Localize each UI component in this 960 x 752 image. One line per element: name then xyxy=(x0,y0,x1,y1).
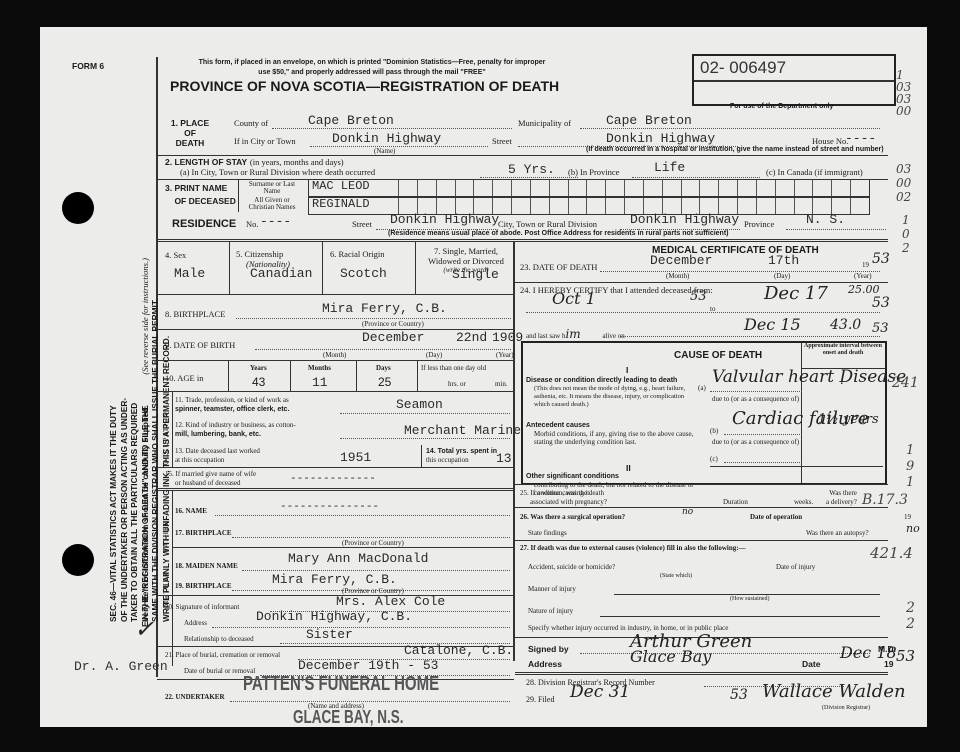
filed-label: 29. Filed xyxy=(526,695,554,704)
margin-codes: 1 03 03 00 xyxy=(896,69,911,117)
residence-city-value: Donkin Highway xyxy=(630,212,739,227)
attended-from: Oct 1 xyxy=(552,289,596,308)
undertaker-city-stamp: GLACE BAY, N.S. xyxy=(293,707,404,728)
operation-year-prefix: 19 xyxy=(904,513,911,521)
attended-to-year: 53 xyxy=(872,295,890,311)
cause-a-interval: . xyxy=(840,373,844,389)
physician-address-value: Glace Bay xyxy=(630,647,711,666)
given-name-value: REGINALD xyxy=(312,197,370,211)
death-month-caption: (Month) xyxy=(666,272,689,280)
due-to-label-1: due to (or as a consequence of) xyxy=(712,395,799,403)
death-year-value: 53 xyxy=(872,251,890,267)
relationship-label: Relationship to deceased xyxy=(184,635,254,643)
racial-origin-value: Scotch xyxy=(340,266,387,281)
filed-year: 53 xyxy=(730,687,748,703)
certify-label: 24. I HEREBY CERTIFY that I attended dec… xyxy=(520,285,713,295)
days-label: Days xyxy=(376,364,391,372)
death-registration-form: FORM 6 SEC. 46—VITAL STATISTICS ACT MAKE… xyxy=(40,27,927,727)
cause-c-marker: (c) xyxy=(710,455,718,463)
stay-canada-label: (c) In Canada (if immigrant) xyxy=(766,167,863,177)
death-date-month: December xyxy=(650,253,712,268)
street-label: Street xyxy=(492,136,512,146)
given-label: All Given or Christian Names xyxy=(242,197,302,211)
due-to-label-2: due to (or as a consequence of) xyxy=(712,438,799,446)
antecedent-label: Antecedent causes Morbid conditions, if … xyxy=(526,422,696,446)
burial-place-value: Catalone, C.B. xyxy=(404,643,513,658)
undertaker-label: 22. UNDERTAKER xyxy=(165,693,225,701)
occupation-side-label: OCCUPATION xyxy=(162,411,170,465)
informant-value: Mrs. Alex Cole xyxy=(336,594,445,609)
stay-province-label: (b) In Province xyxy=(568,167,619,177)
min-label: min. xyxy=(495,380,508,388)
trade-label: 11. Trade, profession, or kind of work a… xyxy=(175,396,289,414)
spouse-label: 15. If married give name of wife or husb… xyxy=(165,470,256,488)
cause-b-interval: 1½ years xyxy=(818,412,879,427)
birthplace-value: Mira Ferry, C.B. xyxy=(322,301,447,316)
side-note: Every item of information should be care… xyxy=(140,258,150,627)
birthplace-label: 8. BIRTHPLACE xyxy=(165,309,225,319)
mother-birthplace-value: Mira Ferry, C.B. xyxy=(272,572,397,587)
margin-note-doctor: Dr. A. Green xyxy=(74,659,168,674)
margin-code-241: 241 xyxy=(892,375,919,391)
burial-place-label: 21. Place of burial, cremation or remova… xyxy=(165,651,280,659)
father-name-value: --------------- xyxy=(280,501,379,513)
margin-codes-2: 03 00 02 xyxy=(896,162,911,204)
city-value: Donkin Highway xyxy=(332,131,441,146)
days-value: 25 xyxy=(378,375,391,389)
cause-b-marker: (b) xyxy=(710,427,718,435)
death-date-day: 17th xyxy=(768,253,799,268)
house-label: House No. xyxy=(812,136,848,146)
dob-month: December xyxy=(362,330,424,345)
residence-city-label: City, Town or Rural Division xyxy=(498,219,597,229)
city-label: If in City or Town xyxy=(234,136,296,146)
nature-label: Nature of injury xyxy=(528,607,573,615)
cert-year-prefix: 19 xyxy=(884,659,893,669)
cause-a-marker: (a) xyxy=(698,384,706,392)
residence-province-label: Province xyxy=(744,219,774,229)
autopsy-value: no xyxy=(906,522,920,535)
attended-to: Dec 17 xyxy=(764,283,828,304)
industry-value: Merchant Marine xyxy=(404,423,521,438)
father-birthplace-caption: (Province or Country) xyxy=(342,539,404,547)
operation-value: no xyxy=(682,507,693,517)
interval-header: Approximate interval between onset and d… xyxy=(804,343,882,357)
sex-value: Male xyxy=(174,266,205,281)
stay-city-value: 5 Yrs. xyxy=(508,162,555,177)
years-label: Years xyxy=(250,364,267,372)
operation-date-label: Date of operation xyxy=(750,513,802,521)
delivery-code: B.17.3 xyxy=(862,492,908,508)
cause-a-value: Valvular heart Disease xyxy=(712,367,906,387)
death-day-caption: (Day) xyxy=(774,272,790,280)
registration-number: 02- 006497 xyxy=(700,58,786,78)
hospital-note: (If death occurred in a hospital or inst… xyxy=(586,146,884,153)
last-saw-year: 53 xyxy=(872,321,889,336)
last-worked-label: 13. Date deceased last worked at this oc… xyxy=(175,447,260,465)
place-of-death-label: 1. PLACEOFDEATH xyxy=(160,118,220,148)
registration-number-box: 02- 006497 xyxy=(692,54,896,106)
burial-date-value: December 19th - 53 xyxy=(298,658,438,673)
form-title: PROVINCE OF NOVA SCOTIA—REGISTRATION OF … xyxy=(170,78,559,94)
death-date-label: 23. DATE OF DEATH xyxy=(520,262,597,272)
last-saw-date: Dec 15 xyxy=(744,315,801,334)
total-years-value: 13 xyxy=(496,451,512,466)
margin-codes-5: 2 2 xyxy=(906,600,915,632)
dob-day-caption: (Day) xyxy=(426,351,442,359)
direct-cause-label: Disease or condition directly leading to… xyxy=(526,377,696,409)
residence-street-label: Street xyxy=(352,219,372,229)
residence-label: RESIDENCE xyxy=(172,218,236,230)
trade-value: Seamon xyxy=(396,397,443,412)
less-than-day-label: If less than one day old xyxy=(421,364,486,372)
citizenship-value: Canadian xyxy=(250,266,312,281)
registrar-caption: (Division Registrar) xyxy=(822,705,870,711)
middle-column-rule xyxy=(513,241,515,661)
mother-birthplace-label: 19. BIRTHPLACE xyxy=(175,582,232,590)
municipality-value: Cape Breton xyxy=(606,113,692,128)
informant-address-value: Donkin Highway, C.B. xyxy=(256,609,412,624)
mother-maiden-label: 18. MAIDEN NAME xyxy=(175,562,238,570)
name-caption: (Name) xyxy=(374,147,395,155)
informant-address-label: Address xyxy=(184,619,207,627)
death-year-prefix: 19 xyxy=(862,261,869,269)
print-name-label: 3. PRINT NAME OF DECEASED xyxy=(165,182,236,208)
father-birthplace-label: 17. BIRTHPLACE xyxy=(175,529,232,537)
undertaker-stamp: PATTEN'S FUNERAL HOME xyxy=(243,673,439,696)
injury-date-label: Date of injury xyxy=(776,563,815,571)
how-sustained-caption: (How sustained) xyxy=(730,596,770,602)
surname-label: Surname or Last Name xyxy=(242,181,302,195)
stay-city-label: (a) In City, Town or Rural Division wher… xyxy=(180,167,375,177)
surname-value: MAC LEOD xyxy=(312,179,370,193)
age-label: 10. AGE in xyxy=(165,373,204,383)
accident-label: Accident, suicide or homicide? xyxy=(528,563,615,571)
margin-codes-3: 1 0 2 xyxy=(902,213,910,255)
informant-label: 20. Signature of informant xyxy=(165,603,239,611)
cert-year-value: 53 xyxy=(896,647,915,665)
mother-side-label: MOTHER xyxy=(162,571,170,607)
industry-label: 12. Kind of industry or business, as cot… xyxy=(175,421,296,439)
external-causes-label: 27. If death was due to external causes … xyxy=(520,544,746,552)
autopsy-label: Was there an autopsy? xyxy=(806,529,869,537)
punch-hole-top xyxy=(62,192,94,224)
cause-part-one: I xyxy=(626,365,628,375)
form-number: FORM 6 xyxy=(72,61,104,71)
county-value: Cape Breton xyxy=(308,113,394,128)
dob-month-caption: (Month) xyxy=(323,351,346,359)
birthplace-caption: (Province or Country) xyxy=(362,320,424,328)
years-value: 43 xyxy=(252,375,265,389)
check-mark: ✓ xyxy=(134,615,154,643)
department-label: For use of the Department only xyxy=(730,103,833,110)
months-label: Months xyxy=(308,364,331,372)
pregnancy-label: 25. If a woman, was the death associated… xyxy=(520,489,607,507)
hrs-label: hrs. or xyxy=(448,380,466,388)
cause-heading: CAUSE OF DEATH xyxy=(674,350,762,361)
attended-from-year: 53 xyxy=(690,289,707,304)
duration-label: Duration xyxy=(723,498,748,506)
death-year-caption: (Year) xyxy=(854,272,872,280)
marital-status-value: Single xyxy=(452,267,499,282)
municipality-label: Municipality of xyxy=(518,118,571,128)
residence-no-label: No. xyxy=(246,219,259,229)
sex-label: 4. Sex xyxy=(165,250,186,260)
cause-part-two: II xyxy=(626,463,631,473)
state-which-caption: (State which) xyxy=(660,573,692,579)
last-worked-value: 1951 xyxy=(340,450,371,465)
relationship-value: Sister xyxy=(306,627,353,642)
residence-no-value: ---- xyxy=(260,214,291,229)
findings-label: State findings xyxy=(528,529,567,537)
father-name-label: 16. NAME xyxy=(175,507,207,515)
spouse-value: ------------- xyxy=(290,473,376,485)
external-code: 421.4 xyxy=(870,544,913,562)
dob-day: 22nd xyxy=(456,330,487,345)
racial-origin-label: 6. Racial Origin xyxy=(330,249,385,259)
delivery-label: Was there a delivery? xyxy=(826,489,857,507)
postal-notice: This form, if placed in an envelope, on … xyxy=(182,58,562,78)
last-saw-note: 43.0 xyxy=(830,317,861,333)
street-value: Donkin Highway xyxy=(606,131,715,146)
operation-label: 26. Was there a surgical operation? xyxy=(520,513,625,521)
registrar-signature: Wallace Walden xyxy=(762,681,906,702)
weeks-label: weeks. xyxy=(794,498,813,506)
signed-by-label: Signed by xyxy=(528,644,569,654)
total-years-label: 14. Total yrs. spent in this occupation xyxy=(426,447,497,465)
months-value: 11 xyxy=(312,375,328,390)
residence-province-value: N. S. xyxy=(806,212,845,227)
residence-street-value: Donkin Highway xyxy=(390,212,499,227)
physician-address-label: Address xyxy=(528,659,562,669)
punch-hole-bottom xyxy=(62,544,94,576)
stay-province-value: Life xyxy=(654,160,685,175)
house-value: ---- xyxy=(845,131,876,146)
margin-codes-4: 1 9 1 xyxy=(906,443,914,491)
manner-label: Manner of injury xyxy=(528,585,576,593)
dob-label: 9. DATE OF BIRTH xyxy=(165,340,235,350)
dob-year: 1909 xyxy=(492,330,523,345)
surname-grid xyxy=(308,179,870,197)
cert-date-label: Date xyxy=(802,659,820,669)
father-side-label: FATHER xyxy=(162,520,170,552)
mother-maiden-value: Mary Ann MacDonald xyxy=(288,551,428,566)
dob-year-caption: (Year) xyxy=(496,351,514,359)
county-label: County of xyxy=(234,118,268,128)
last-saw-label: and last saw him alive on xyxy=(526,327,625,341)
residence-note: (Residence means usual place of abode. P… xyxy=(388,230,729,237)
filed-date: Dec 31 xyxy=(570,682,630,702)
